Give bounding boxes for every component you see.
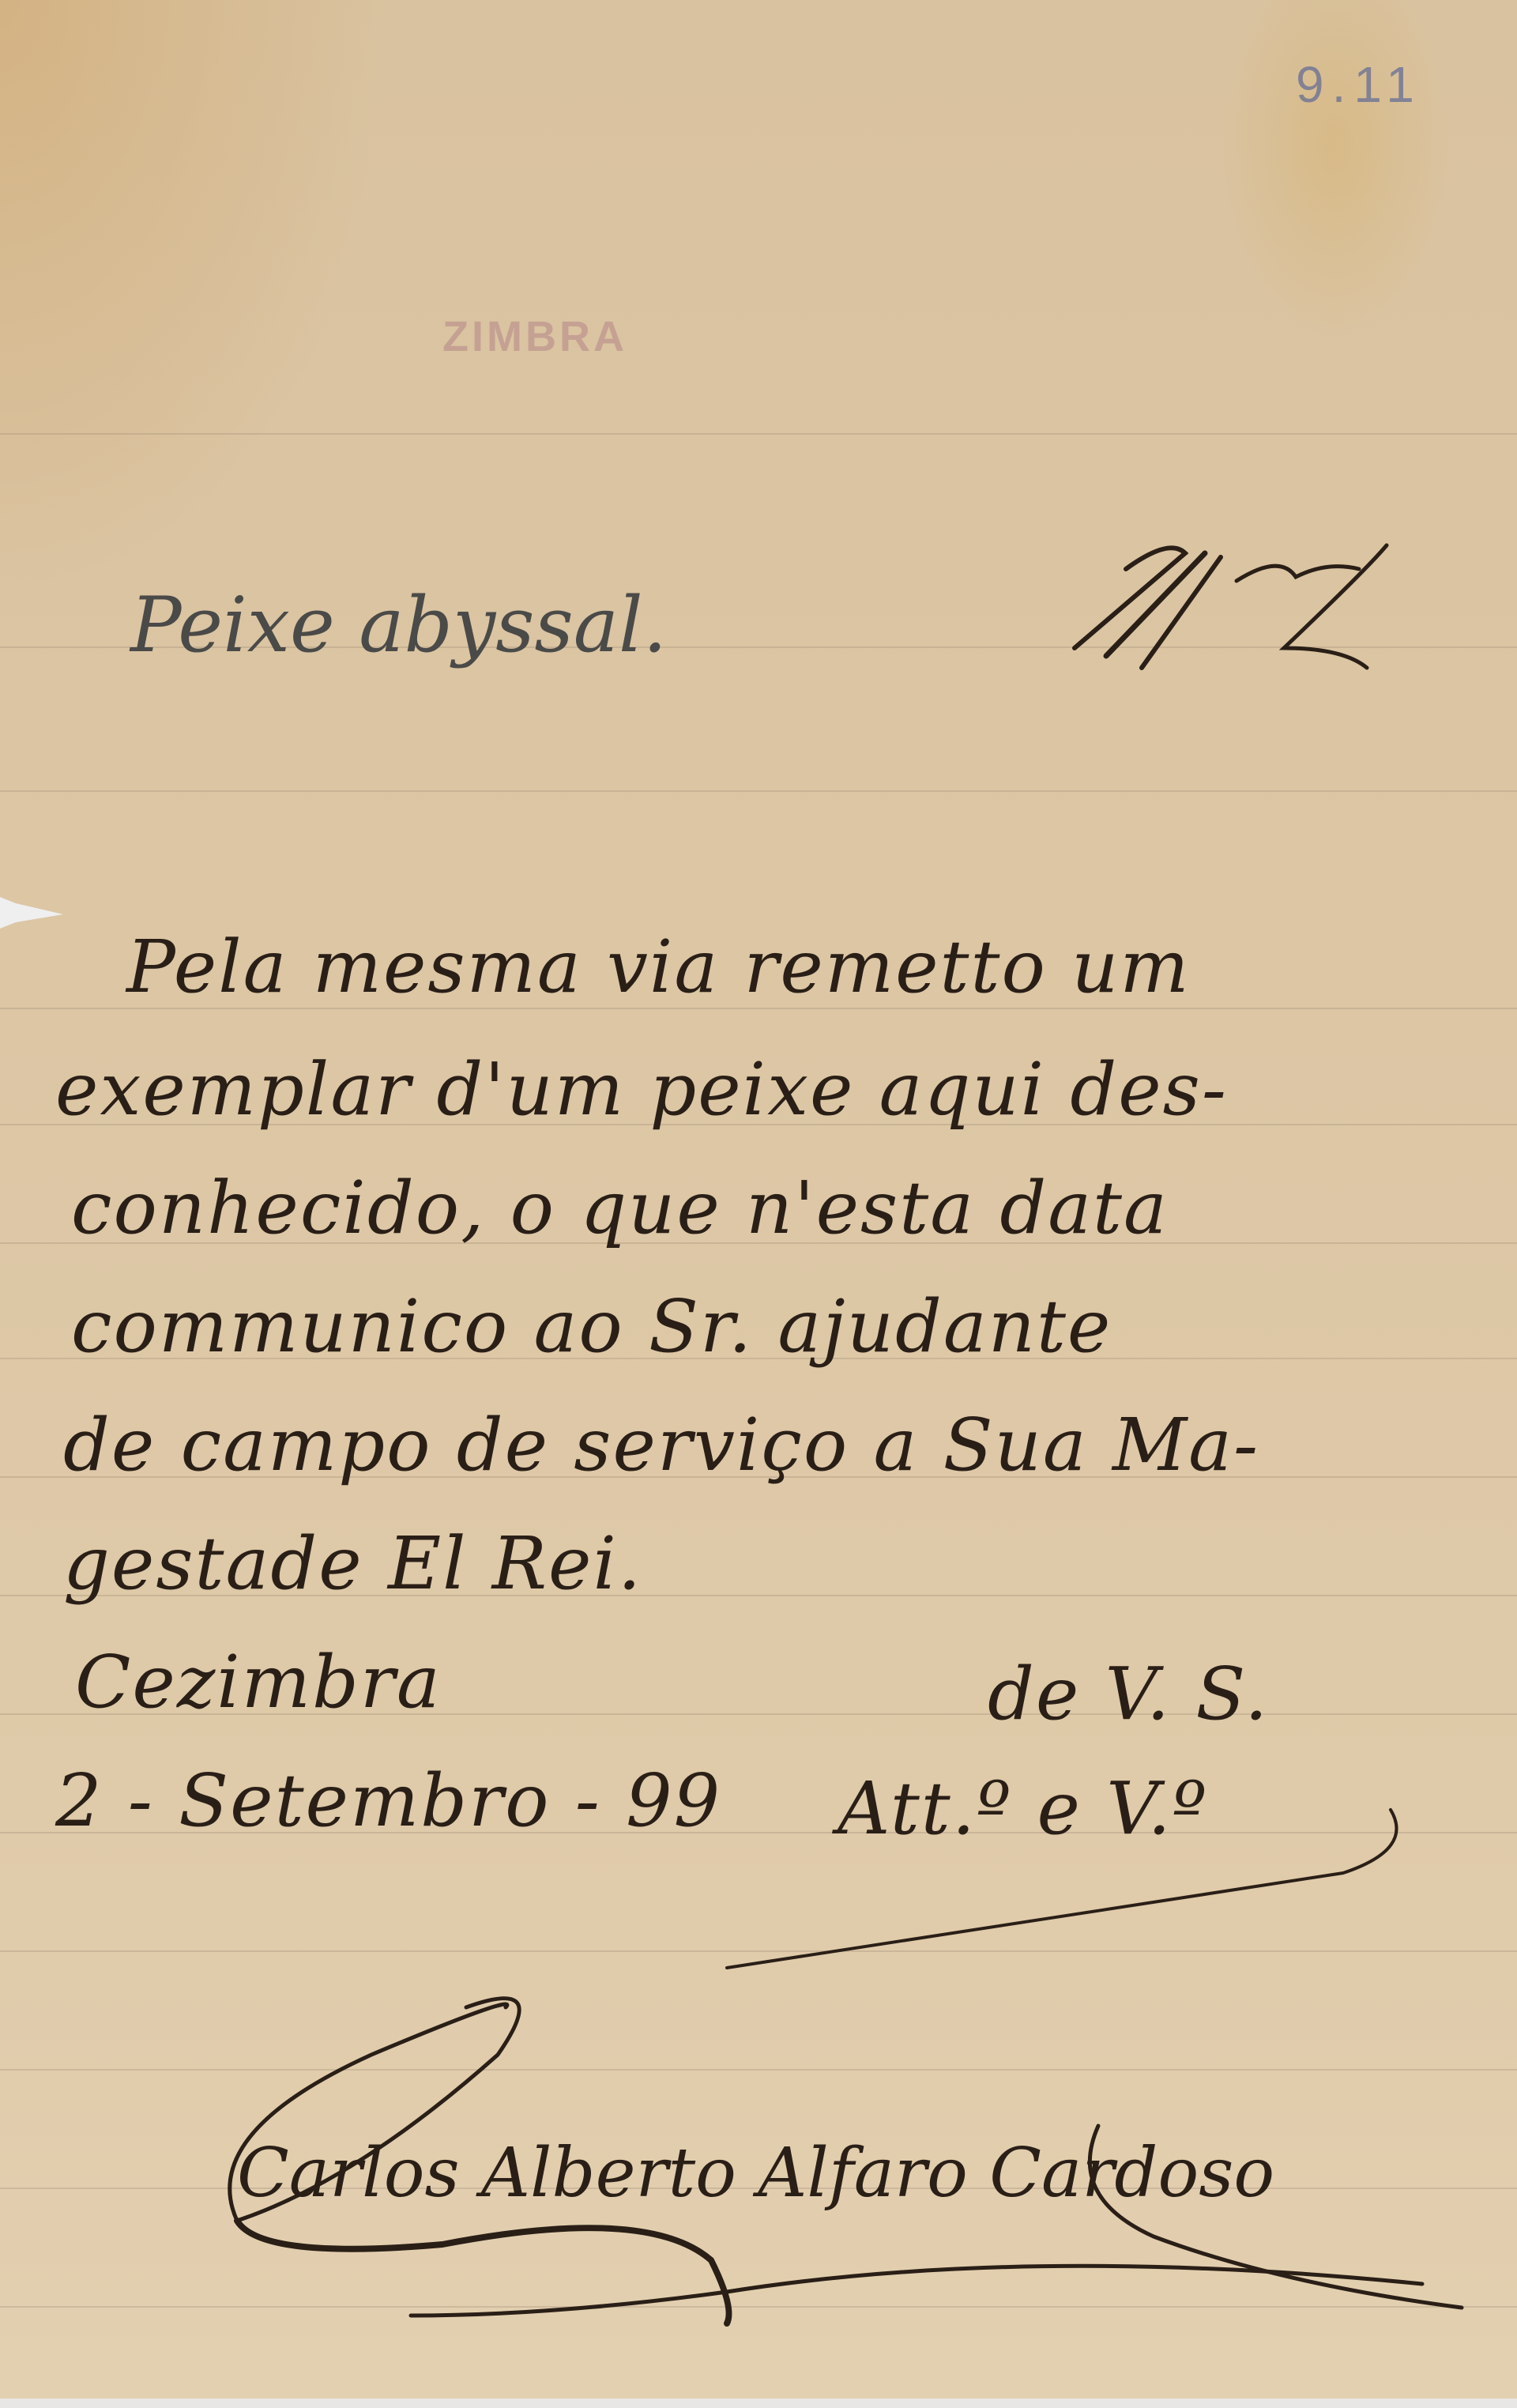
monogram-icon xyxy=(1075,545,1387,668)
pen-flourishes xyxy=(0,0,1517,2408)
letter-paper: ZIMBRA 9.11 Peixe abyssal. Pela mesma vi… xyxy=(0,0,1517,2408)
